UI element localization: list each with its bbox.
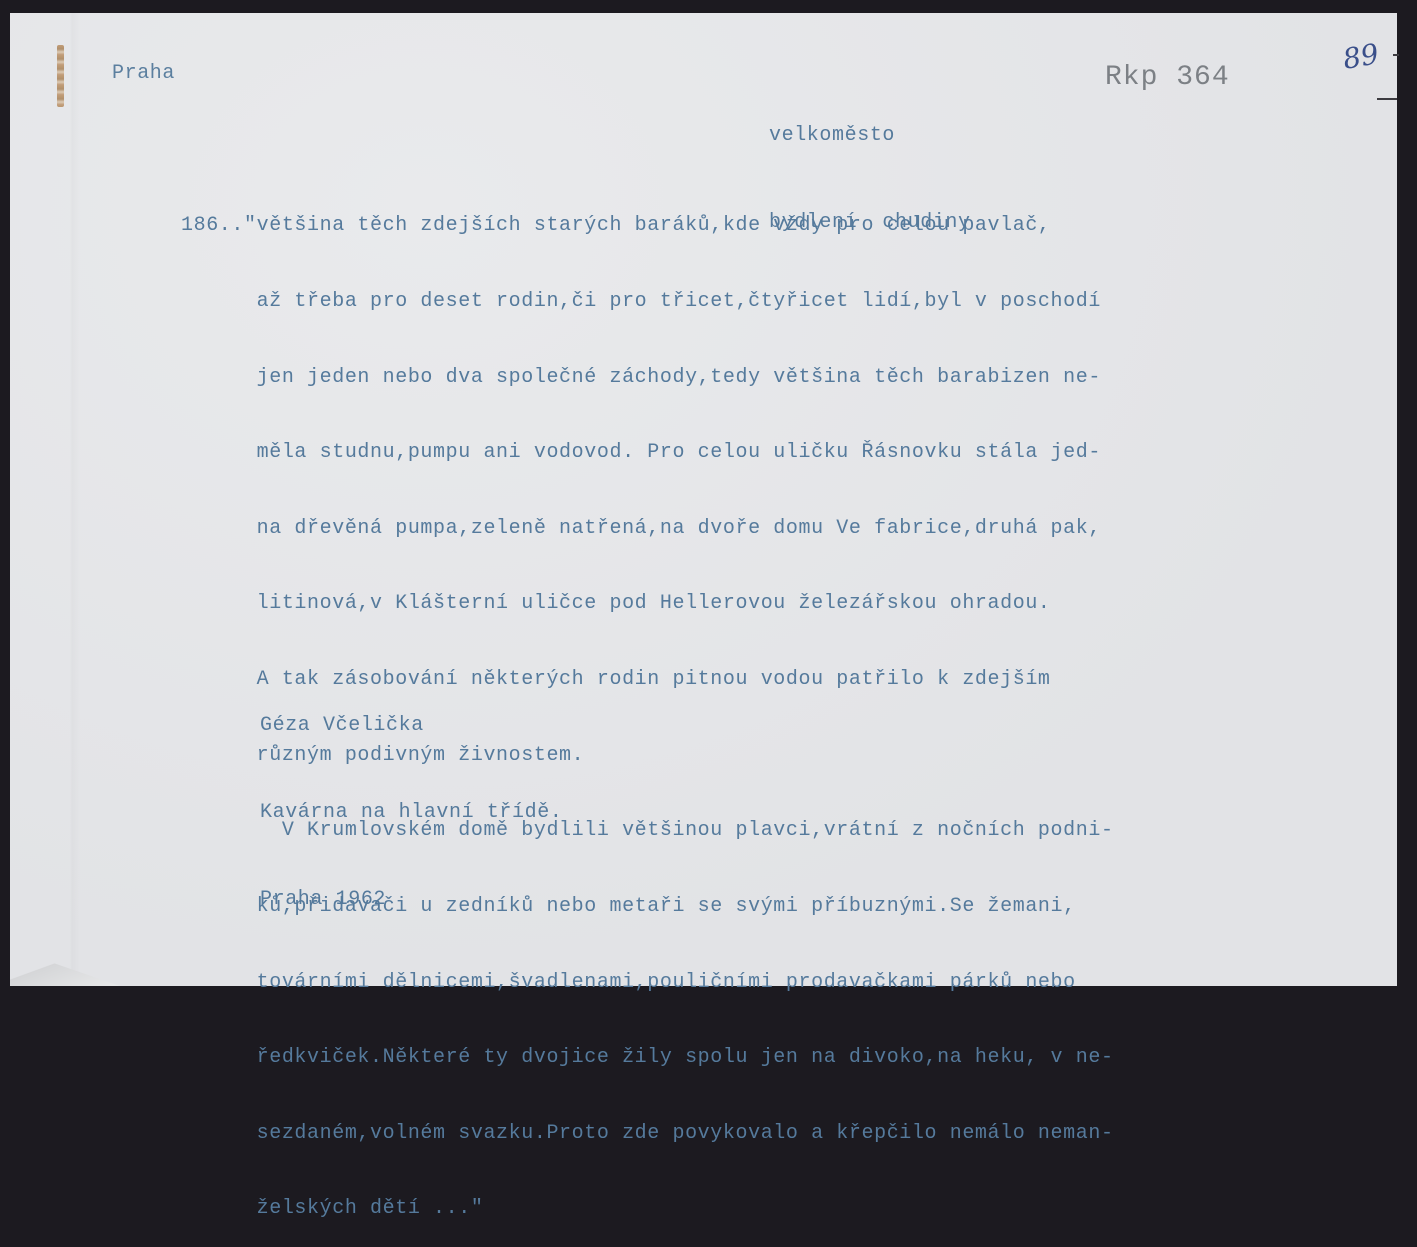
source-title: Kavárna na hlavní třídě.	[260, 798, 562, 827]
source-author: Géza Včelička	[260, 711, 562, 740]
header-place: Praha	[112, 61, 175, 86]
source-citation: Géza Včelička Kavárna na hlavní třídě. P…	[260, 653, 562, 943]
entry-line: továrními dělnicemi,švadlenami,pouličním…	[181, 970, 1114, 995]
source-place-year: Praha 1962	[260, 885, 562, 914]
entry-line: měla studnu,pumpu ani vodovod. Pro celou…	[181, 440, 1114, 465]
entry-line: jen jeden nebo dva společné záchody,tedy…	[181, 365, 1114, 390]
entry-line: na dřevěná pumpa,zeleně natřená,na dvoře…	[181, 516, 1114, 541]
margin-tick-mark	[1393, 54, 1399, 56]
handwritten-folio-number: 89	[1340, 37, 1381, 76]
keyword-city: velkoměsto	[769, 121, 971, 150]
entry-line: 186.."většina těch zdejších starých bará…	[181, 213, 1114, 238]
entry-line: až třeba pro deset rodin,či pro třicet,č…	[181, 289, 1114, 314]
entry-line: litinová,v Klášterní uličce pod Hellerov…	[181, 591, 1114, 616]
manuscript-reference: Rkp 364	[1105, 62, 1230, 93]
margin-tick-mark	[1377, 98, 1397, 100]
staple-rust-mark	[57, 45, 64, 107]
